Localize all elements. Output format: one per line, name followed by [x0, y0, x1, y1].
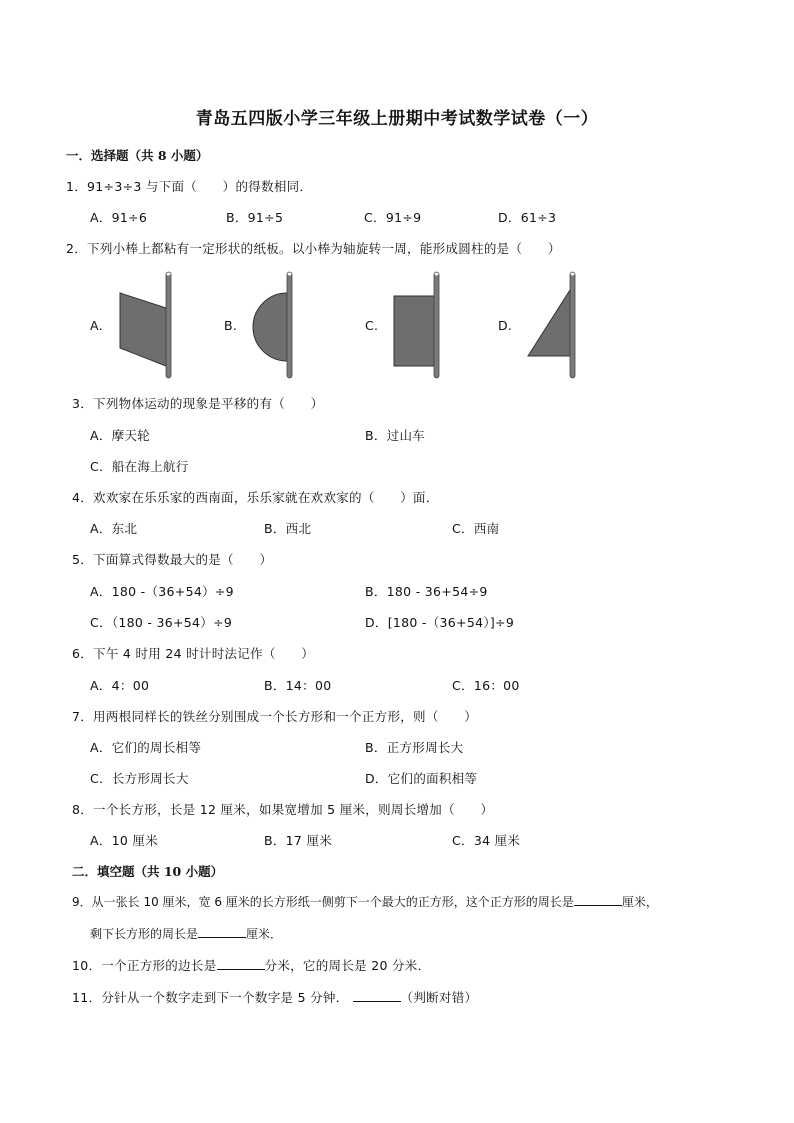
page-title: 青岛五四版小学三年级上册期中考试数学试卷（一）	[0, 104, 794, 129]
q1-option-a[interactable]: A．91÷6	[90, 208, 147, 226]
q6-option-b[interactable]: B．14：00	[264, 676, 332, 694]
q7-option-c[interactable]: C．长方形周长大	[90, 769, 189, 787]
section-heading-choice: 一．选择题（共 8 小题）	[66, 146, 208, 164]
q2-option-d[interactable]: D.	[498, 318, 512, 333]
question-8: 8．一个长方形，长是 12 厘米，如果宽增加 5 厘米，则周长增加（ ）	[72, 800, 493, 818]
q7-option-a[interactable]: A．它们的周长相等	[90, 738, 201, 756]
q10-text-a: 10．一个正方形的边长是	[72, 958, 217, 973]
q4-option-b[interactable]: B．西北	[264, 519, 311, 537]
question-9-line-2: 剩下长方形的周长是厘米．	[90, 925, 282, 942]
q8-option-b[interactable]: B．17 厘米	[264, 831, 332, 849]
q9-text-c: 剩下长方形的周长是	[90, 927, 198, 941]
q3-option-a[interactable]: A．摩天轮	[90, 426, 150, 444]
question-10: 10．一个正方形的边长是分米，它的周长是 20 分米．	[72, 956, 430, 974]
q8-option-c[interactable]: C．34 厘米	[452, 831, 520, 849]
q11-text-b: （判断对错）	[401, 990, 478, 1005]
question-3: 3．下列物体运动的现象是平移的有（ ）	[72, 394, 323, 412]
q5-option-a[interactable]: A．180 -（36+54）÷9	[90, 582, 234, 600]
q2-option-a[interactable]: A.	[90, 318, 103, 333]
parallelogram-flag-figure	[110, 268, 190, 383]
question-2: 2．下列小棒上都粘有一定形状的纸板。以小棒为轴旋转一周，能形成圆柱的是（ ）	[66, 239, 561, 257]
q11-text-a: 11．分针从一个数字走到下一个数字是 5 分钟．	[72, 990, 349, 1005]
q8-option-a[interactable]: A．10 厘米	[90, 831, 158, 849]
q9-text-a: 9．从一张长 10 厘米，宽 6 厘米的长方形纸一侧剪下一个最大的正方形，这个正…	[72, 895, 574, 909]
q7-option-b[interactable]: B．正方形周长大	[365, 738, 463, 756]
q3-option-b[interactable]: B．过山车	[365, 426, 425, 444]
triangle-flag-figure	[520, 268, 600, 383]
q9-text-d: 厘米．	[246, 927, 282, 941]
q9-blank-1[interactable]	[574, 893, 622, 906]
question-6: 6．下午 4 时用 24 时计时法记作（ ）	[72, 644, 314, 662]
question-11: 11．分针从一个数字走到下一个数字是 5 分钟．（判断对错）	[72, 988, 477, 1006]
q4-option-c[interactable]: C．西南	[452, 519, 499, 537]
q4-option-a[interactable]: A．东北	[90, 519, 137, 537]
q3-option-c[interactable]: C．船在海上航行	[90, 457, 189, 475]
q6-option-a[interactable]: A．4：00	[90, 676, 149, 694]
q9-text-b: 厘米，	[622, 895, 658, 909]
q2-option-c[interactable]: C.	[365, 318, 378, 333]
q9-blank-2[interactable]	[198, 925, 246, 938]
q7-option-d[interactable]: D．它们的面积相等	[365, 769, 477, 787]
question-1: 1．91÷3÷3 与下面（ ）的得数相同．	[66, 177, 312, 195]
q11-blank[interactable]	[353, 989, 401, 1002]
q10-blank[interactable]	[217, 957, 265, 970]
q5-option-c[interactable]: C．（180 - 36+54）÷9	[90, 613, 232, 631]
q6-option-c[interactable]: C．16：00	[452, 676, 520, 694]
question-7: 7．用两根同样长的铁丝分别围成一个长方形和一个正方形，则（ ）	[72, 707, 477, 725]
q5-option-d[interactable]: D．[180 -（36+54）]÷9	[365, 613, 514, 631]
q10-text-b: 分米，它的周长是 20 分米．	[265, 958, 431, 973]
rectangle-flag-figure	[388, 268, 468, 383]
q1-option-b[interactable]: B．91÷5	[226, 208, 283, 226]
q2-option-b[interactable]: B.	[224, 318, 237, 333]
question-4: 4．欢欢家在乐乐家的西南面，乐乐家就在欢欢家的（ ）面．	[72, 488, 439, 506]
question-9-line-1: 9．从一张长 10 厘米，宽 6 厘米的长方形纸一侧剪下一个最大的正方形，这个正…	[72, 893, 658, 910]
q1-option-c[interactable]: C．91÷9	[364, 208, 421, 226]
section-heading-fill-in: 二．填空题（共 10 小题）	[72, 862, 223, 880]
semicircle-flag-figure	[245, 268, 325, 383]
q1-option-d[interactable]: D．61÷3	[498, 208, 556, 226]
q5-option-b[interactable]: B．180 - 36+54÷9	[365, 582, 488, 600]
question-5: 5．下面算式得数最大的是（ ）	[72, 550, 272, 568]
